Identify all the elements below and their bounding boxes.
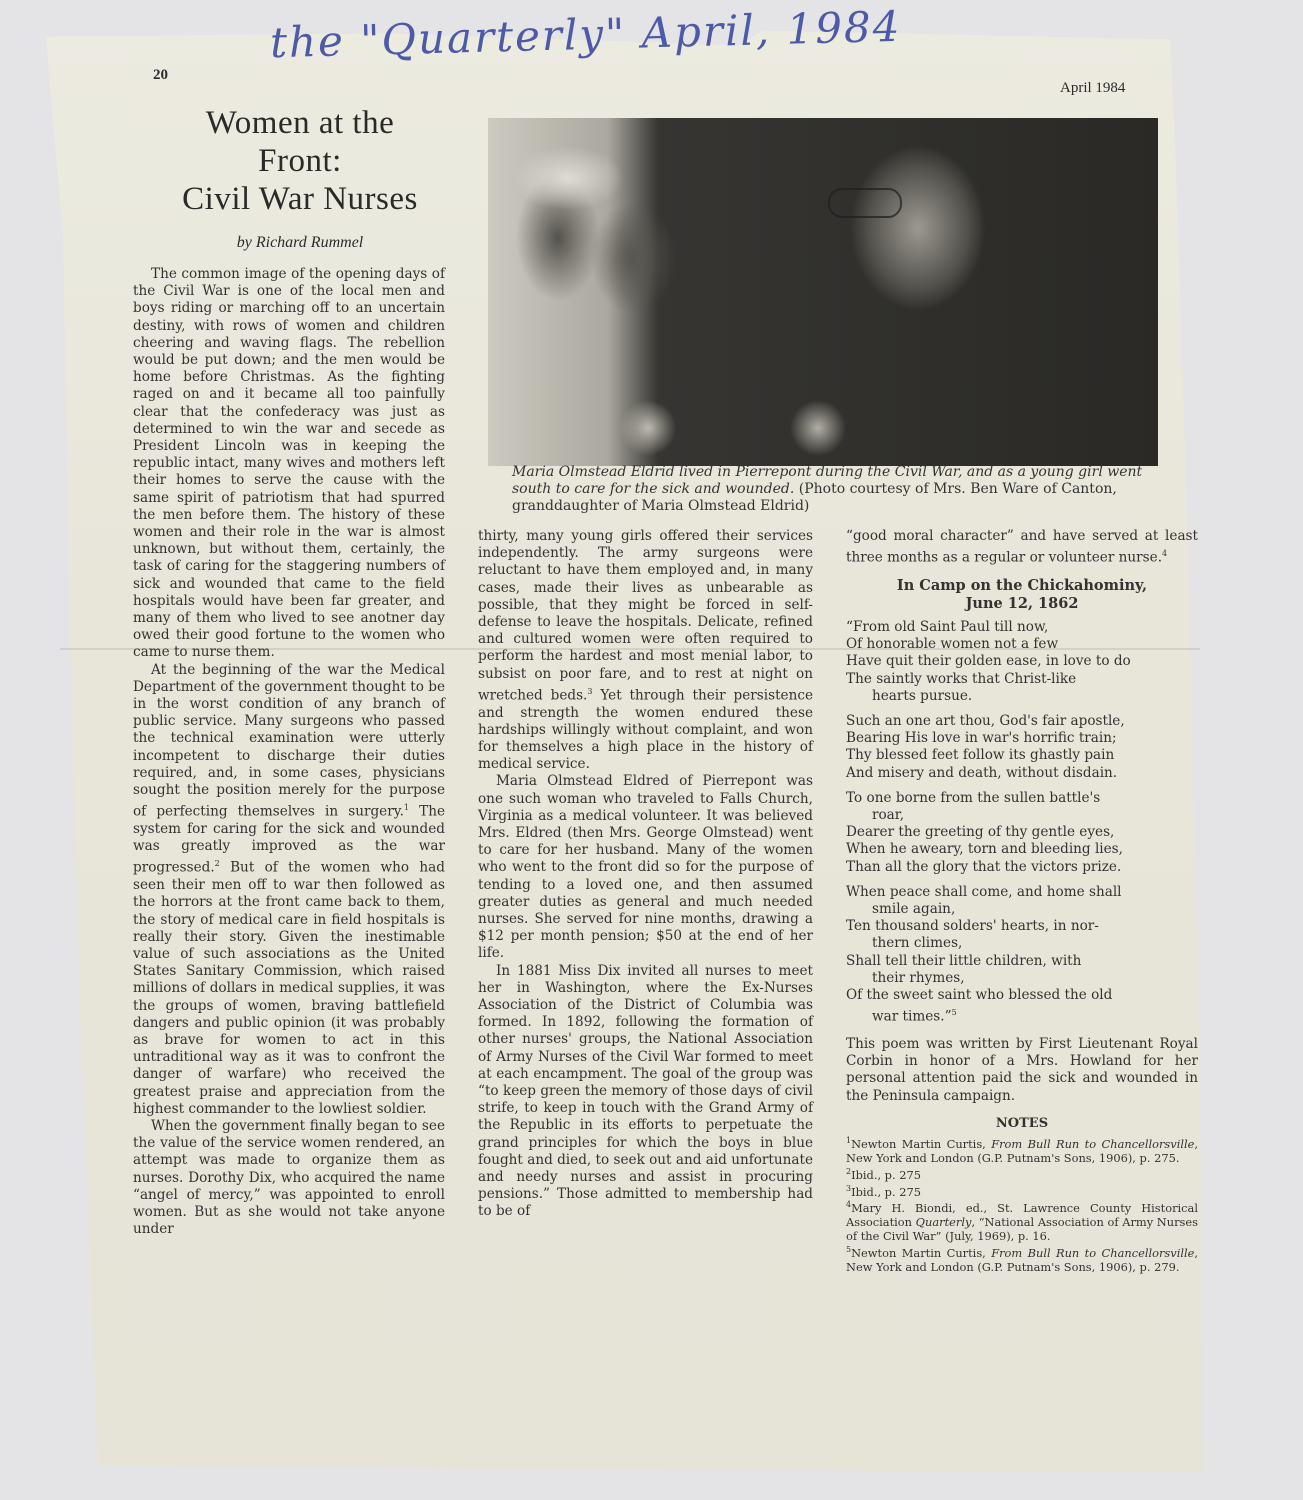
footnote-ref: 4 xyxy=(1162,549,1167,558)
poem-stanza-1: “From old Saint Paul till now, Of honora… xyxy=(846,619,1198,705)
text-span: Ibid., p. 275 xyxy=(851,1168,921,1182)
text-span: Quarterly xyxy=(916,1215,972,1229)
footnote-ref: 5 xyxy=(952,1008,957,1017)
paragraph: The common image of the opening days of … xyxy=(133,266,445,662)
paragraph: This poem was written by First Lieutenan… xyxy=(846,1036,1198,1105)
text-span: From Bull Run to Chancellorsville xyxy=(991,1137,1194,1151)
poem-line: To one borne from the sullen battle's xyxy=(846,790,1198,807)
poem-stanza-2: Such an one art thou, God's fair apostle… xyxy=(846,713,1198,782)
poem-stanza-3: To one borne from the sullen battle's ro… xyxy=(846,790,1198,876)
text-span: Ibid., p. 275 xyxy=(851,1184,921,1198)
photo-caption: Maria Olmstead Eldrid lived in Pierrepon… xyxy=(512,464,1157,515)
text-span: Newton Martin Curtis, xyxy=(851,1137,991,1151)
notes-heading: NOTES xyxy=(846,1115,1198,1132)
text-span: At the beginning of the war the Medical … xyxy=(133,662,445,820)
poem-line: thern climes, xyxy=(846,935,1198,952)
text-span: thirty, many young girls offered their s… xyxy=(478,528,813,703)
poem-stanza-4: When peace shall come, and home shall sm… xyxy=(846,884,1198,1026)
poem-line: hearts pursue. xyxy=(846,688,1198,705)
poem-line: Such an one art thou, God's fair apostle… xyxy=(846,713,1198,730)
paragraph: “good moral character” and have served a… xyxy=(846,528,1198,567)
byline: by Richard Rummel xyxy=(140,234,460,252)
portrait-photo xyxy=(488,118,1158,466)
article-column-1: The common image of the opening days of … xyxy=(133,266,445,1238)
paragraph: When the government finally began to see… xyxy=(133,1118,445,1238)
paragraph: thirty, many young girls offered their s… xyxy=(478,528,813,773)
poem-line: Ten thousand solders' hearts, in nor- xyxy=(846,918,1198,935)
text-span: But of the women who had seen their men … xyxy=(133,860,445,1117)
footnote-5: 5Newton Martin Curtis, From Bull Run to … xyxy=(846,1243,1198,1274)
poem-title-line-1: In Camp on the Chickahominy, xyxy=(846,577,1198,595)
photo-glasses-detail xyxy=(828,188,902,218)
poem-line: When peace shall come, and home shall xyxy=(846,884,1198,901)
text-span: From Bull Run to Chancellorsville xyxy=(991,1246,1194,1260)
footnote-4: 4Mary H. Biondi, ed., St. Lawrence Count… xyxy=(846,1198,1198,1243)
poem-line: Have quit their golden ease, in love to … xyxy=(846,653,1198,670)
poem-title: In Camp on the Chickahominy, June 12, 18… xyxy=(846,577,1198,613)
text-span: “good moral character” and have served a… xyxy=(846,528,1198,566)
issue-date: April 1984 xyxy=(1060,80,1125,97)
poem-line: When he aweary, torn and bleeding lies, xyxy=(846,841,1198,858)
poem-line: Shall tell their little children, with xyxy=(846,953,1198,970)
poem-line: Bearing His love in war's horrific train… xyxy=(846,730,1198,747)
headline-line-1: Women at the xyxy=(140,104,460,142)
poem-title-line-2: June 12, 1862 xyxy=(846,595,1198,613)
poem-line: their rhymes, xyxy=(846,970,1198,987)
headline-line-2: Front: xyxy=(140,142,460,180)
poem-line: And misery and death, without disdain. xyxy=(846,765,1198,782)
poem-line: Thy blessed feet follow its ghastly pain xyxy=(846,747,1198,764)
text-span: war times.” xyxy=(872,1009,952,1025)
paragraph: Maria Olmstead Eldred of Pierrepont was … xyxy=(478,773,813,962)
poem-line: Of honorable women not a few xyxy=(846,636,1198,653)
footnote-1: 1Newton Martin Curtis, From Bull Run to … xyxy=(846,1134,1198,1165)
paragraph: In 1881 Miss Dix invited all nurses to m… xyxy=(478,963,813,1221)
poem-line: Dearer the greeting of thy gentle eyes, xyxy=(846,824,1198,841)
article-column-3: “good moral character” and have served a… xyxy=(846,528,1198,1274)
paragraph: At the beginning of the war the Medical … xyxy=(133,662,445,1118)
poem-line: “From old Saint Paul till now, xyxy=(846,619,1198,636)
poem-line: smile again, xyxy=(846,901,1198,918)
poem-line: roar, xyxy=(846,807,1198,824)
poem-line: Than all the glory that the victors priz… xyxy=(846,859,1198,876)
article-column-2: thirty, many young girls offered their s… xyxy=(478,528,813,1221)
footnote-2: 2Ibid., p. 275 xyxy=(846,1165,1198,1182)
text-span: Newton Martin Curtis, xyxy=(851,1246,991,1260)
footnote-3: 3Ibid., p. 275 xyxy=(846,1182,1198,1199)
poem-line-last: war times.”5 xyxy=(846,1004,1198,1026)
headline-line-3: Civil War Nurses xyxy=(140,180,460,218)
article-headline: Women at the Front: Civil War Nurses xyxy=(140,104,460,218)
page-number: 20 xyxy=(153,67,168,84)
poem-line: Of the sweet saint who blessed the old xyxy=(846,987,1198,1004)
poem-line: The saintly works that Christ-like xyxy=(846,671,1198,688)
